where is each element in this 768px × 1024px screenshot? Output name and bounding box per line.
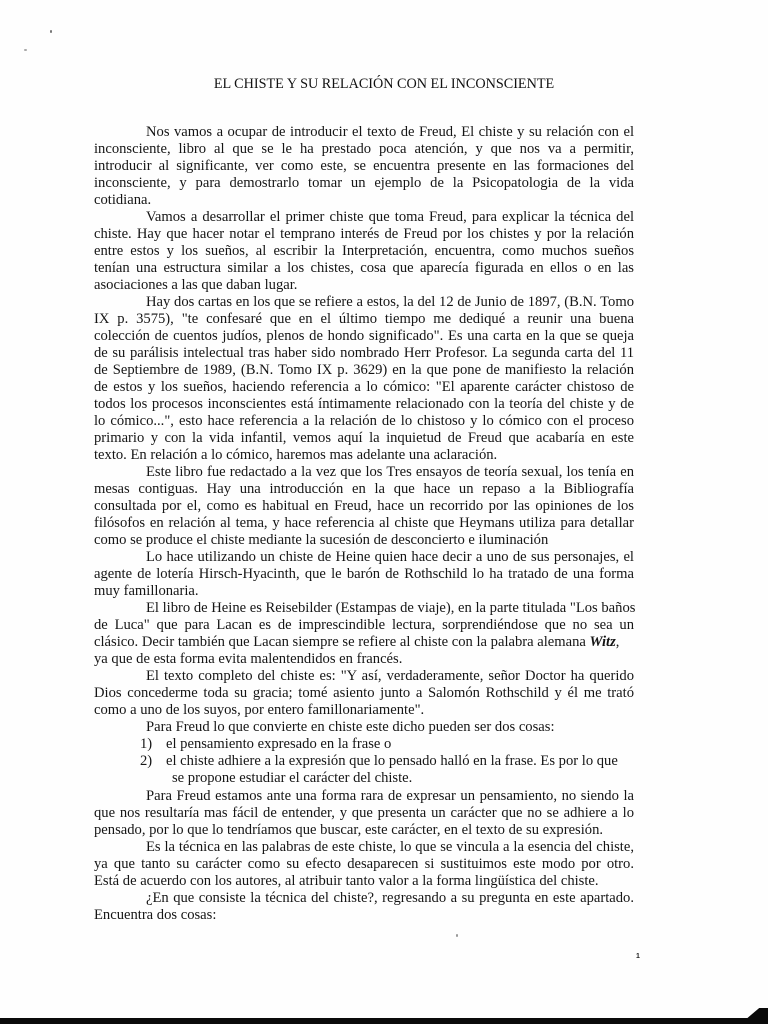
- text-line: Este libro fue redactado a la vez que lo…: [146, 464, 634, 481]
- scan-edge-corner: [746, 1008, 768, 1024]
- text-line: Es la técnica en las palabras de este ch…: [146, 839, 634, 856]
- text-line: ya que de esta forma evita malentendidos…: [94, 651, 634, 668]
- text-line: El libro de Heine es Reisebilder (Estamp…: [146, 600, 634, 617]
- page-number: 1: [636, 953, 640, 960]
- text-line: El texto completo del chiste es: "Y así,…: [146, 668, 634, 685]
- text-line: pensado, por lo que lo tendríamos que bu…: [94, 822, 634, 839]
- text-line: Vamos a desarrollar el primer chiste que…: [146, 209, 634, 226]
- text-line: de su parálisis intelectual tras haber s…: [94, 345, 634, 362]
- text-line: de Luca" que para Lacan es de imprescind…: [94, 617, 634, 634]
- text-line: texto. En relación a lo cómico, haremos …: [94, 447, 634, 464]
- list-marker: 1): [140, 736, 166, 753]
- text-line: inconsciente, y para demostrarlo tomar u…: [94, 175, 634, 192]
- text-line: introducir al significante, ver como est…: [94, 158, 634, 175]
- text-line: como se produce el chiste mediante la su…: [94, 532, 634, 549]
- text-line: IX p. 3575), "te confesaré que en el últ…: [94, 311, 634, 328]
- text-segment: clásico. Decir también que Lacan siempre…: [94, 634, 586, 650]
- scan-speck: [50, 30, 52, 33]
- text-line: ya que tanto su carácter como su efecto …: [94, 856, 634, 873]
- scan-speck: [24, 49, 27, 51]
- text-line: consultada por el, como es habitual en F…: [94, 498, 634, 515]
- emphasis-witz: Witz: [590, 634, 616, 650]
- text-line: Para Freud lo que convierte en chiste es…: [146, 719, 634, 736]
- text-line: asociaciones a las que daban lugar.: [94, 277, 634, 294]
- text-line: mesas contiguas. Hay una introducción en…: [94, 481, 634, 498]
- list-item-continuation: se propone estudiar el carácter del chis…: [172, 770, 634, 787]
- text-line: inconsciente, libro al que se le ha pres…: [94, 141, 634, 158]
- document-title: EL CHISTE Y SU RELACIÓN CON EL INCONSCIE…: [0, 76, 768, 93]
- text-line: filósofos en relación al tema, y hace re…: [94, 515, 634, 532]
- text-line: Nos vamos a ocupar de introducir el text…: [146, 124, 634, 141]
- text-line: cotidiana.: [94, 192, 634, 209]
- text-line: Para Freud estamos ante una forma rara d…: [146, 788, 634, 805]
- text-line: colección de cuentos judíos, plenos de h…: [94, 328, 634, 345]
- text-line: entre estos y los sueños, al escribir la…: [94, 243, 634, 260]
- text-line: ¿En que consiste la técnica del chiste?,…: [146, 890, 634, 907]
- text-line: que nos resultaría mas fácil de entender…: [94, 805, 634, 822]
- text-line-with-witz: clásico. Decir también que Lacan siempre…: [94, 634, 634, 651]
- text-line: lo cómico...", esto hace referencia a la…: [94, 413, 634, 430]
- list-item: 1)el pensamiento expresado en la frase o: [140, 736, 634, 753]
- text-line: muy famillonaria.: [94, 583, 634, 600]
- text-line: de estos y los sueños, haciendo referenc…: [94, 379, 634, 396]
- text-line: Encuentra dos cosas:: [94, 907, 634, 924]
- text-line: Lo hace utilizando un chiste de Heine qu…: [146, 549, 634, 566]
- list-item-text: el chiste adhiere a la expresión que lo …: [166, 753, 618, 769]
- text-segment: ,: [616, 634, 620, 650]
- text-line: tenían una estructura similar a los chis…: [94, 260, 634, 277]
- text-line: Dios concederme toda su gracia; tomé asi…: [94, 685, 634, 702]
- list-marker: 2): [140, 753, 166, 770]
- text-line: primario y con la vida infantil, vemos a…: [94, 430, 634, 447]
- scan-speck: [456, 934, 458, 937]
- text-line: chiste. Hay que hacer notar el temprano …: [94, 226, 634, 243]
- text-line: agente de lotería Hirsch-Hyacinth, que l…: [94, 566, 634, 583]
- scan-edge-bar: [0, 1018, 768, 1024]
- document-page: EL CHISTE Y SU RELACIÓN CON EL INCONSCIE…: [0, 0, 768, 1024]
- text-line: todos los procesos inconscientes está ín…: [94, 396, 634, 413]
- text-line: Está de acuerdo con los autores, al atri…: [94, 873, 634, 890]
- text-line: de Septiembre de 1989, (B.N. Tomo IX p. …: [94, 362, 634, 379]
- list-item: 2)el chiste adhiere a la expresión que l…: [140, 753, 634, 770]
- text-line: como a uno de los suyos, por entero fami…: [94, 702, 634, 719]
- list-item-text: el pensamiento expresado en la frase o: [166, 736, 391, 752]
- text-line: Hay dos cartas en los que se refiere a e…: [146, 294, 634, 311]
